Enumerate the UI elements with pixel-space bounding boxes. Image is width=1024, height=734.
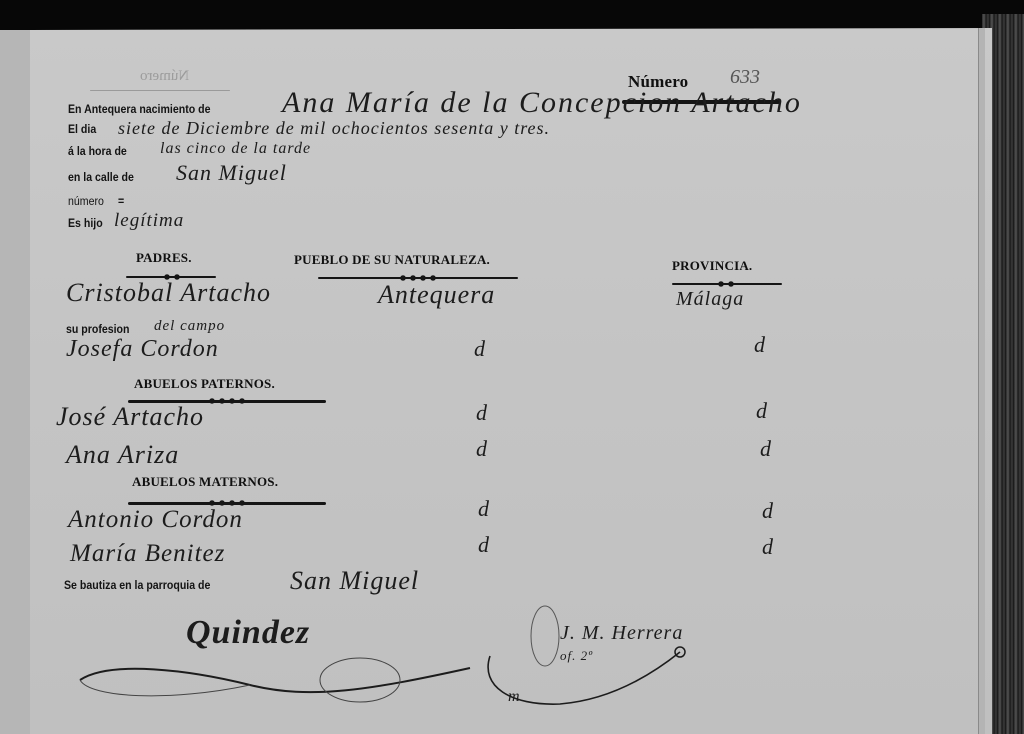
- abuela-materna-provincia: d: [762, 534, 773, 560]
- ghost-numero-header: Número: [140, 68, 189, 85]
- profesion-value: del campo: [154, 318, 225, 335]
- col-header-pueblo: PUEBLO DE SU NATURALEZA.: [294, 252, 490, 268]
- hora-label: á la hora de: [68, 146, 127, 158]
- father-name: Cristobal Artacho: [66, 278, 271, 308]
- provincia-rule: [672, 283, 782, 285]
- page-left-fold: [0, 30, 30, 734]
- calle-value: San Miguel: [176, 160, 287, 186]
- hijo-value: legítima: [114, 210, 184, 232]
- nacimiento-label: En Antequera nacimiento de: [68, 104, 210, 116]
- ghost-rule: [90, 90, 230, 91]
- calle-label: en la calle de: [68, 172, 134, 184]
- pueblo-rule: [318, 277, 518, 279]
- profesion-label: su profesion: [66, 324, 129, 336]
- abuelo-paterno-name: José Artacho: [56, 402, 204, 432]
- abuelo-materno-pueblo: d: [478, 496, 489, 522]
- abuela-materna-pueblo: d: [478, 532, 489, 558]
- signature-right-flourish: [480, 596, 700, 716]
- abuela-paterna-name: Ana Ariza: [66, 440, 179, 470]
- mother-name: Josefa Cordon: [66, 336, 219, 363]
- page-right-edge: [978, 28, 985, 734]
- dia-label: El dia: [68, 124, 96, 136]
- abuelo-paterno-provincia: d: [756, 398, 767, 424]
- numero-field-label: número: [68, 196, 104, 208]
- dia-value: siete de Diciembre de mil ochocientos se…: [118, 118, 550, 139]
- nacimiento-value: Ana María de la Concepcion Artacho: [282, 86, 802, 120]
- abuelo-paterno-pueblo: d: [476, 400, 487, 426]
- father-pueblo: Antequera: [378, 280, 495, 310]
- abuela-paterna-provincia: d: [760, 436, 771, 462]
- col-header-provincia: PROVINCIA.: [672, 258, 752, 274]
- numero-field-value: =: [118, 196, 124, 208]
- bautismo-value: San Miguel: [290, 566, 419, 596]
- abuelo-materno-name: Antonio Cordon: [68, 506, 243, 534]
- abuelos-maternos-rule: [128, 502, 326, 505]
- signature-left-flourish: [70, 640, 490, 710]
- bautismo-label: Se bautiza en la parroquia de: [64, 580, 210, 592]
- abuelos-paternos-heading: ABUELOS PATERNOS.: [134, 376, 275, 392]
- mother-provincia-ditto: d: [754, 332, 765, 358]
- mother-pueblo-ditto: d: [474, 336, 485, 362]
- hijo-label: Es hijo: [68, 218, 103, 230]
- abuelos-maternos-heading: ABUELOS MATERNOS.: [132, 474, 278, 490]
- abuela-paterna-pueblo: d: [476, 436, 487, 462]
- hora-value: las cinco de la tarde: [160, 140, 311, 158]
- col-header-padres: PADRES.: [136, 250, 192, 266]
- father-provincia: Málaga: [676, 288, 744, 311]
- abuela-materna-name: María Benitez: [70, 540, 225, 568]
- abuelo-materno-provincia: d: [762, 498, 773, 524]
